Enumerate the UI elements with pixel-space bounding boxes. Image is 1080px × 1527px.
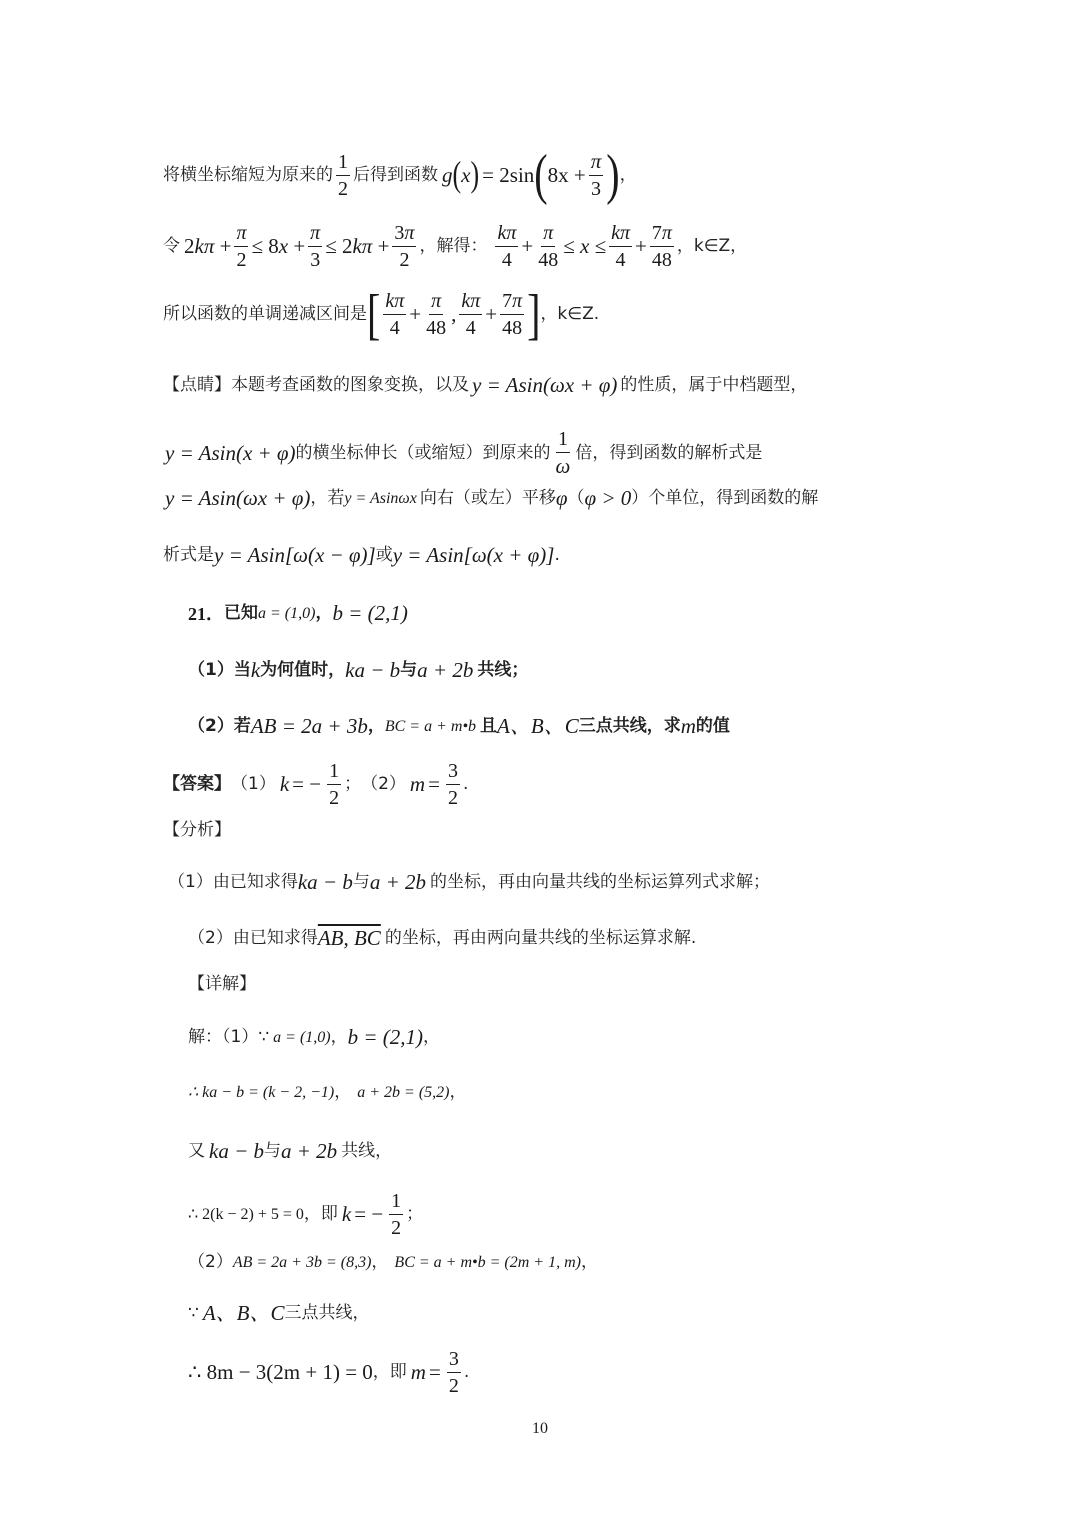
fraction-pi-3: π 3: [589, 150, 604, 200]
page-number: 10: [0, 1420, 1080, 1438]
detail-line-3: 又 ka − b 与 a + 2b 共线，: [188, 1141, 392, 1162]
vector-a: a = (1,0): [258, 606, 315, 622]
answer-label: 【答案】: [163, 776, 231, 793]
question-number: 21．: [188, 605, 224, 623]
formula: AB, BC: [318, 928, 381, 949]
var-x: x: [461, 165, 470, 186]
paren: (: [453, 157, 462, 193]
text: 后得到函数: [353, 167, 438, 184]
text: 将横坐标缩短为原来的: [163, 167, 333, 184]
continuation-line-2: 令 2kπ + π2 ≤ 8x + π3 ≤ 2kπ + 3π2 ，解得： kπ…: [163, 222, 747, 271]
continuation-line-3: 所以函数的单调递减区间是 [ kπ4 + π48 , kπ4 + 7π48 ] …: [163, 290, 599, 339]
fraction-one-half: 1 2: [336, 151, 350, 200]
dianjing-label: 【点睛】: [163, 377, 231, 394]
analysis-line-1: （1）由已知求得 ka − b 与 a + 2b 的坐标，再由向量共线的坐标运算…: [168, 872, 770, 893]
formula: y = Asin[ω(x + φ)]: [393, 545, 555, 566]
answer-line: 【答案】 （1） k= − 12 ； （2） m= 32 .: [163, 760, 468, 809]
detail-line-1: 解：（1）∵ a = (1,0) ， b = (2,1) ，: [188, 1027, 440, 1048]
formula: y = Asin[ω(x − φ)]: [214, 545, 376, 566]
vector-b: b = (2,1): [332, 603, 407, 624]
formula: y = Asin(x + φ): [165, 443, 296, 464]
formula: y = Asin(ωx + φ): [165, 488, 310, 509]
analysis-label: 【分析】: [163, 822, 231, 839]
paren: ): [471, 157, 480, 193]
detail-line-6: ∵ A、B、C 三点共线，: [188, 1303, 370, 1324]
detail-line-2: ∴ ka − b = (k − 2, −1) ， a + 2b = (5,2) …: [188, 1084, 466, 1101]
analysis-label-line: 【分析】: [163, 822, 231, 839]
detail-line-5: （2） AB = 2a + 3b = (8,3) ， BC = a + m•b …: [188, 1254, 598, 1271]
detail-label: 【详解】: [188, 976, 256, 993]
paren: ): [606, 147, 619, 203]
question-21-stem: 21． 已知 a = (1,0) ， b = (2,1): [188, 603, 408, 624]
dianjing-line-2: y = Asin(x + φ) 的横坐标伸长（或缩短）到原来的 1 ω 倍，得到…: [165, 428, 762, 478]
formula: y = Asin(ωx + φ): [472, 375, 617, 396]
formula: y = Asinωx: [344, 491, 416, 507]
dianjing-line-3: y = Asin(ωx + φ) ，若 y = Asinωx 向右（或左）平移 …: [165, 488, 818, 509]
inner-expr: 8x +: [548, 165, 586, 186]
detail-line-4: ∴ 2(k − 2) + 5 = 0 ，即 k= − 12 ；: [188, 1190, 423, 1239]
dianjing-line-1: 【点睛】 本题考查函数的图象变换，以及 y = Asin(ωx + φ) 的性质…: [163, 375, 807, 396]
equals-2sin: = 2sin: [482, 165, 534, 186]
continuation-line-1: 将横坐标缩短为原来的 1 2 后得到函数 g ( x ) = 2sin ( 8x…: [163, 150, 637, 200]
formula: a + 2b: [417, 660, 473, 681]
formula: ka − b: [298, 872, 353, 893]
dianjing-line-4: 析式是 y = Asin[ω(x − φ)] 或 y = Asin[ω(x + …: [163, 545, 560, 566]
formula: AB = 2a + 3b: [251, 716, 368, 737]
fraction-1-omega: 1 ω: [554, 428, 573, 478]
question-21-part-1: （1） 当 k 为何值时， ka − b 与 a + 2b 共线；: [188, 660, 528, 681]
paren: (: [534, 147, 547, 203]
analysis-line-2: （2）由已知求得 AB, BC 的坐标，再由两向量共线的坐标运算求解.: [188, 928, 696, 949]
func-g: g: [442, 165, 453, 186]
formula: a + 2b: [370, 872, 426, 893]
detail-line-7: ∴ 8m − 3(2m + 1) = 0 ，即 m= 32 .: [188, 1348, 469, 1397]
formula: BC = a + m•b: [385, 719, 476, 735]
formula: ka − b: [345, 660, 400, 681]
question-21-part-2: （2） 若 AB = 2a + 3b ， BC = a + m•b 且 A、B、…: [188, 716, 730, 737]
detail-label-line: 【详解】: [188, 976, 256, 993]
